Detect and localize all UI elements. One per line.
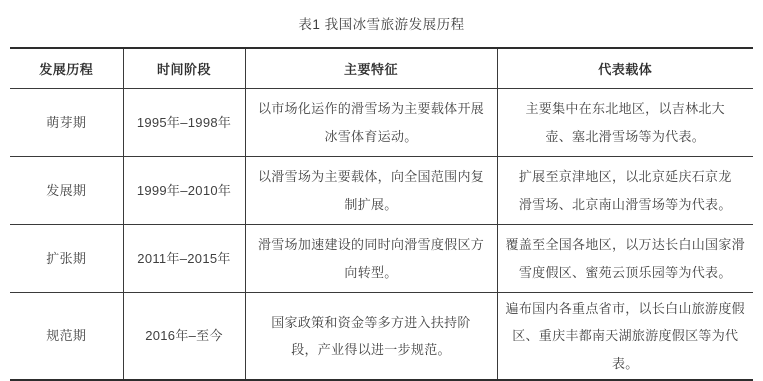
cell-period: 2011年–2015年 <box>123 225 245 293</box>
cell-period: 2016年–至今 <box>123 293 245 380</box>
table-row: 萌芽期 1995年–1998年 以市场化运作的滑雪场为主要载体开展 冰雪体育运动… <box>10 89 753 157</box>
cell-features: 以市场化运作的滑雪场为主要载体开展 冰雪体育运动。 <box>245 89 497 157</box>
header-row: 发展历程 时间阶段 主要特征 代表载体 <box>10 48 753 89</box>
cell-carriers: 遍布国内各重点省市，以长白山旅游度假 区、重庆丰都南天湖旅游度假区等为代表。 <box>497 293 753 380</box>
cell-phase: 发展期 <box>10 157 123 225</box>
cell-features: 国家政策和资金等多方进入扶持阶 段，产业得以进一步规范。 <box>245 293 497 380</box>
cell-carriers: 主要集中在东北地区，以吉林北大 壶、塞北滑雪场等为代表。 <box>497 89 753 157</box>
cell-carriers: 扩展至京津地区，以北京延庆石京龙 滑雪场、北京南山滑雪场等为代表。 <box>497 157 753 225</box>
table-row: 发展期 1999年–2010年 以滑雪场为主要载体，向全国范围内复 制扩展。 扩… <box>10 157 753 225</box>
cell-carriers: 覆盖至全国各地区，以万达长白山国家滑 雪度假区、蜜苑云顶乐园等为代表。 <box>497 225 753 293</box>
cell-phase: 规范期 <box>10 293 123 380</box>
cell-period: 1995年–1998年 <box>123 89 245 157</box>
cell-features: 以滑雪场为主要载体，向全国范围内复 制扩展。 <box>245 157 497 225</box>
column-header-phase: 发展历程 <box>10 48 123 89</box>
column-header-period: 时间阶段 <box>123 48 245 89</box>
table-caption: 表1 我国冰雪旅游发展历程 <box>0 0 763 33</box>
column-header-features: 主要特征 <box>245 48 497 89</box>
table-container: 发展历程 时间阶段 主要特征 代表载体 萌芽期 1995年–1998年 以市场化… <box>10 47 753 381</box>
table-row: 扩张期 2011年–2015年 滑雪场加速建设的同时向滑雪度假区方 向转型。 覆… <box>10 225 753 293</box>
table-row: 规范期 2016年–至今 国家政策和资金等多方进入扶持阶 段，产业得以进一步规范… <box>10 293 753 380</box>
cell-phase: 扩张期 <box>10 225 123 293</box>
cell-phase: 萌芽期 <box>10 89 123 157</box>
column-header-carriers: 代表载体 <box>497 48 753 89</box>
cell-features: 滑雪场加速建设的同时向滑雪度假区方 向转型。 <box>245 225 497 293</box>
development-phases-table: 发展历程 时间阶段 主要特征 代表载体 萌芽期 1995年–1998年 以市场化… <box>10 47 753 381</box>
cell-period: 1999年–2010年 <box>123 157 245 225</box>
